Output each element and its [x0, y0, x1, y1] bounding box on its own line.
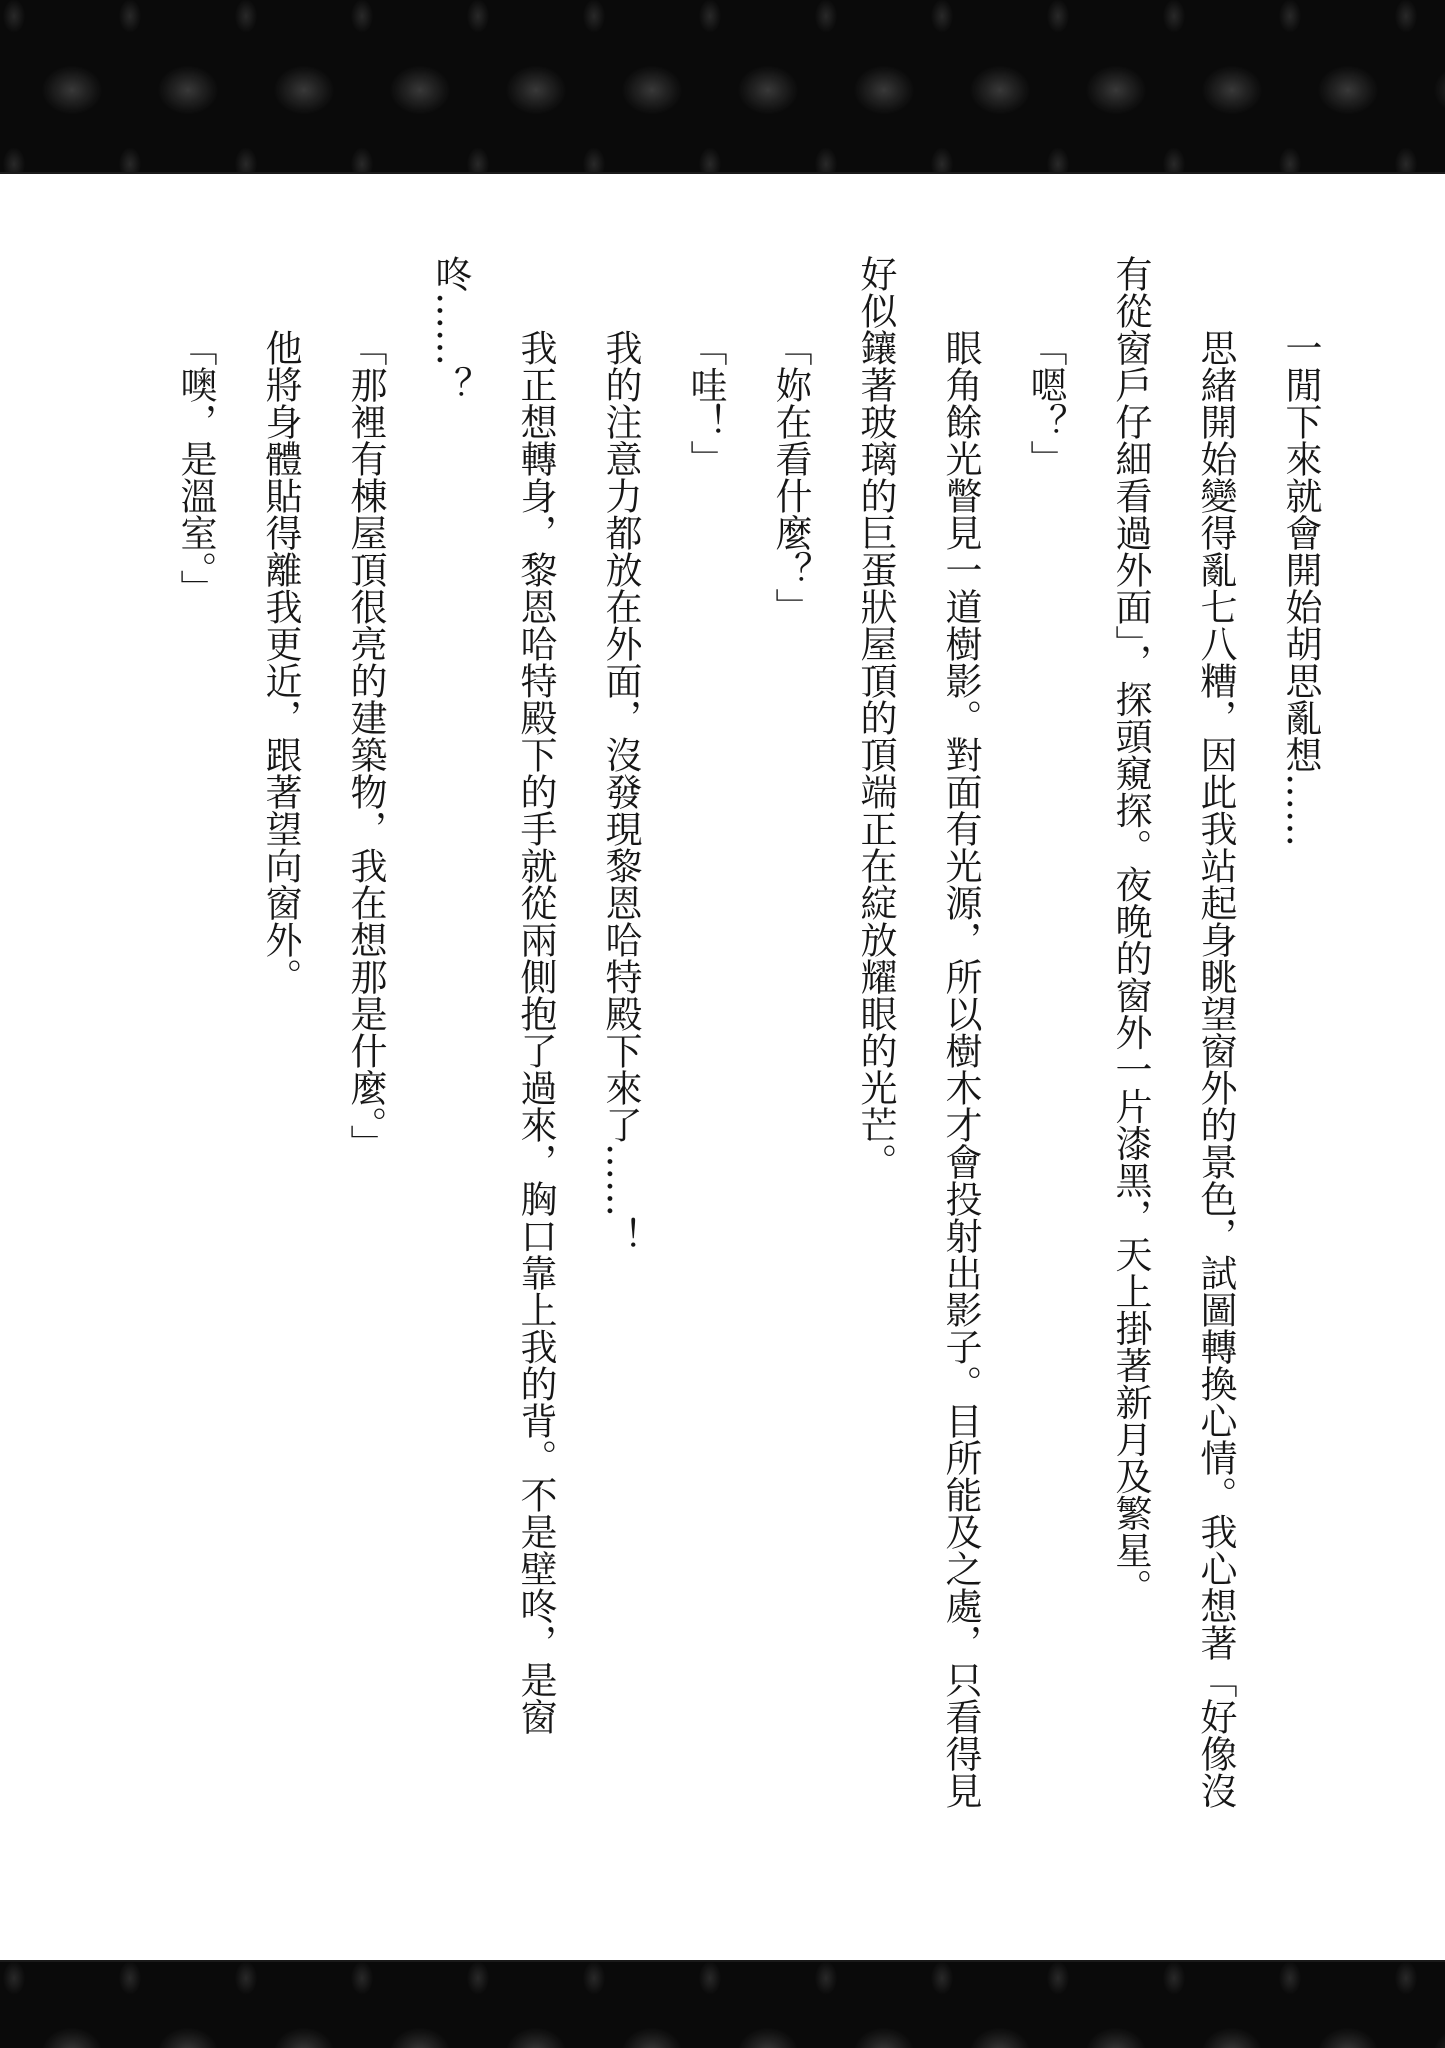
bottom-decorative-band — [0, 1960, 1445, 2048]
text-column: 我的注意力都放在外面，沒發現黎恩哈特殿下來了……！ — [578, 255, 663, 1870]
book-page: { "page": { "background_color": "#ffffff… — [0, 0, 1445, 2048]
text-column: 眼角餘光瞥見一道樹影。對面有光源，所以樹木才會投射出影子。目所能及之處，只看得見 — [918, 255, 1003, 1870]
text-column: 他將身體貼得離我更近，跟著望向窗外。 — [238, 255, 323, 1870]
text-column: 「哇！」 — [663, 255, 748, 1870]
text-column: 「噢，是溫室。」 — [153, 255, 238, 1870]
text-column: 「嗯？」 — [1003, 255, 1088, 1870]
text-column: 思緒開始變得亂七八糟，因此我站起身眺望窗外的景色，試圖轉換心情。我心想著「好像沒 — [1173, 255, 1258, 1870]
novel-text-block: 一閒下來就會開始胡思亂想……思緒開始變得亂七八糟，因此我站起身眺望窗外的景色，試… — [153, 255, 1343, 1870]
text-column: 「那裡有棟屋頂很亮的建築物，我在想那是什麼。」 — [323, 255, 408, 1870]
top-decorative-band — [0, 0, 1445, 174]
text-column: 「妳在看什麼？」 — [748, 255, 833, 1870]
text-column: 有從窗戶仔細看過外面」，探頭窺探。夜晚的窗外一片漆黑，天上掛著新月及繁星。 — [1088, 255, 1173, 1870]
text-column: 好似鑲著玻璃的巨蛋狀屋頂的頂端正在綻放耀眼的光芒。 — [833, 255, 918, 1870]
text-column: 一閒下來就會開始胡思亂想…… — [1258, 255, 1343, 1870]
text-column: 咚……？ — [408, 255, 493, 1870]
text-column: 我正想轉身，黎恩哈特殿下的手就從兩側抱了過來，胸口靠上我的背。不是壁咚，是窗 — [493, 255, 578, 1870]
